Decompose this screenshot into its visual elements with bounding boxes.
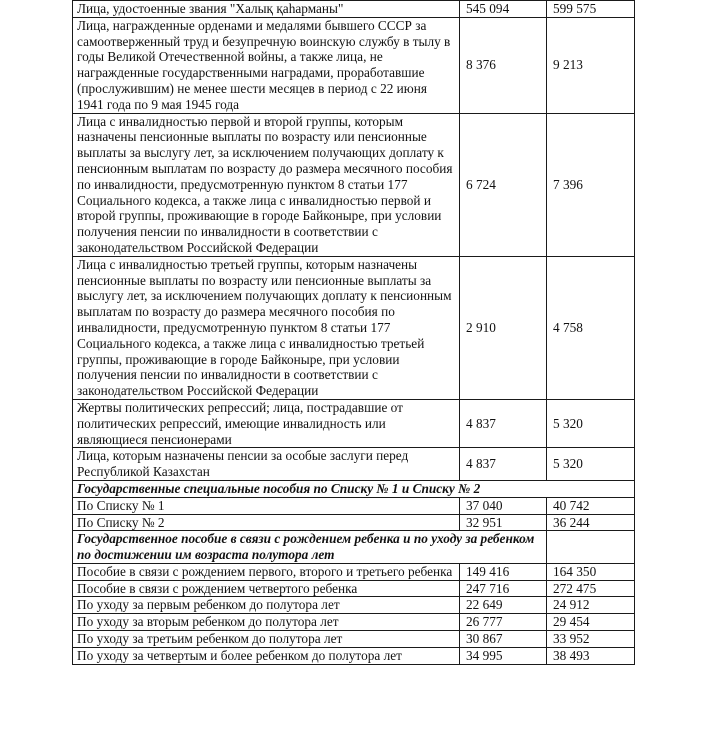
value-column-2: 38 493 — [547, 647, 635, 664]
empty-cell — [547, 531, 635, 564]
table-row: По уходу за вторым ребенком до полутора … — [73, 614, 635, 631]
value-column-1: 34 995 — [460, 647, 547, 664]
table-row: Лица, которым назначены пенсии за особые… — [73, 448, 635, 481]
table-row: По уходу за четвертым и более ребенком д… — [73, 647, 635, 664]
category-label: Лица, удостоенные звания "Халық қаһарман… — [73, 1, 460, 18]
category-label: По уходу за третьим ребенком до полутора… — [73, 631, 460, 648]
value-column-1: 4 837 — [460, 448, 547, 481]
value-column-2: 5 320 — [547, 399, 635, 447]
value-column-1: 22 649 — [460, 597, 547, 614]
value-column-2: 272 475 — [547, 580, 635, 597]
table-row: Лица с инвалидностью первой и второй гру… — [73, 113, 635, 256]
category-label: Лица с инвалидностью третьей группы, кот… — [73, 256, 460, 399]
value-column-2: 5 320 — [547, 448, 635, 481]
category-label: Лица, награжденные орденами и медалями б… — [73, 17, 460, 113]
table-row: По уходу за третьим ребенком до полутора… — [73, 631, 635, 648]
category-label: По Списку № 1 — [73, 497, 460, 514]
category-label: По уходу за вторым ребенком до полутора … — [73, 614, 460, 631]
value-column-1: 4 837 — [460, 399, 547, 447]
section-header-row: Государственные специальные пособия по С… — [73, 480, 635, 497]
table-row: Лица, удостоенные звания "Халық қаһарман… — [73, 1, 635, 18]
value-column-1: 8 376 — [460, 17, 547, 113]
category-label: По уходу за первым ребенком до полутора … — [73, 597, 460, 614]
table-row: Пособие в связи с рождением четвертого р… — [73, 580, 635, 597]
value-column-1: 26 777 — [460, 614, 547, 631]
table-row: По Списку № 232 95136 244 — [73, 514, 635, 531]
value-column-2: 24 912 — [547, 597, 635, 614]
value-column-1: 2 910 — [460, 256, 547, 399]
table-row: Лица с инвалидностью третьей группы, кот… — [73, 256, 635, 399]
table-row: Пособие в связи с рождением первого, вто… — [73, 563, 635, 580]
table-row: Жертвы политических репрессий; лица, пос… — [73, 399, 635, 447]
category-label: По Списку № 2 — [73, 514, 460, 531]
category-label: По уходу за четвертым и более ребенком д… — [73, 647, 460, 664]
table-row: Лица, награжденные орденами и медалями б… — [73, 17, 635, 113]
value-column-1: 247 716 — [460, 580, 547, 597]
benefits-table: Лица, удостоенные звания "Халық қаһарман… — [72, 0, 635, 665]
section-title: Государственные специальные пособия по С… — [73, 480, 635, 497]
value-column-2: 36 244 — [547, 514, 635, 531]
section-header-row: Государственное пособие в связи с рожден… — [73, 531, 635, 564]
table-body: Лица, удостоенные звания "Халық қаһарман… — [73, 1, 635, 665]
category-label: Жертвы политических репрессий; лица, пос… — [73, 399, 460, 447]
category-label: Пособие в связи с рождением четвертого р… — [73, 580, 460, 597]
table-row: По Списку № 137 04040 742 — [73, 497, 635, 514]
table-row: По уходу за первым ребенком до полутора … — [73, 597, 635, 614]
value-column-2: 33 952 — [547, 631, 635, 648]
value-column-2: 7 396 — [547, 113, 635, 256]
value-column-1: 37 040 — [460, 497, 547, 514]
category-label: Пособие в связи с рождением первого, вто… — [73, 563, 460, 580]
value-column-2: 4 758 — [547, 256, 635, 399]
value-column-2: 40 742 — [547, 497, 635, 514]
value-column-1: 149 416 — [460, 563, 547, 580]
category-label: Лица с инвалидностью первой и второй гру… — [73, 113, 460, 256]
section-title: Государственное пособие в связи с рожден… — [73, 531, 547, 564]
value-column-2: 599 575 — [547, 1, 635, 18]
value-column-1: 545 094 — [460, 1, 547, 18]
value-column-1: 32 951 — [460, 514, 547, 531]
value-column-2: 29 454 — [547, 614, 635, 631]
value-column-2: 9 213 — [547, 17, 635, 113]
value-column-1: 30 867 — [460, 631, 547, 648]
value-column-2: 164 350 — [547, 563, 635, 580]
category-label: Лица, которым назначены пенсии за особые… — [73, 448, 460, 481]
value-column-1: 6 724 — [460, 113, 547, 256]
